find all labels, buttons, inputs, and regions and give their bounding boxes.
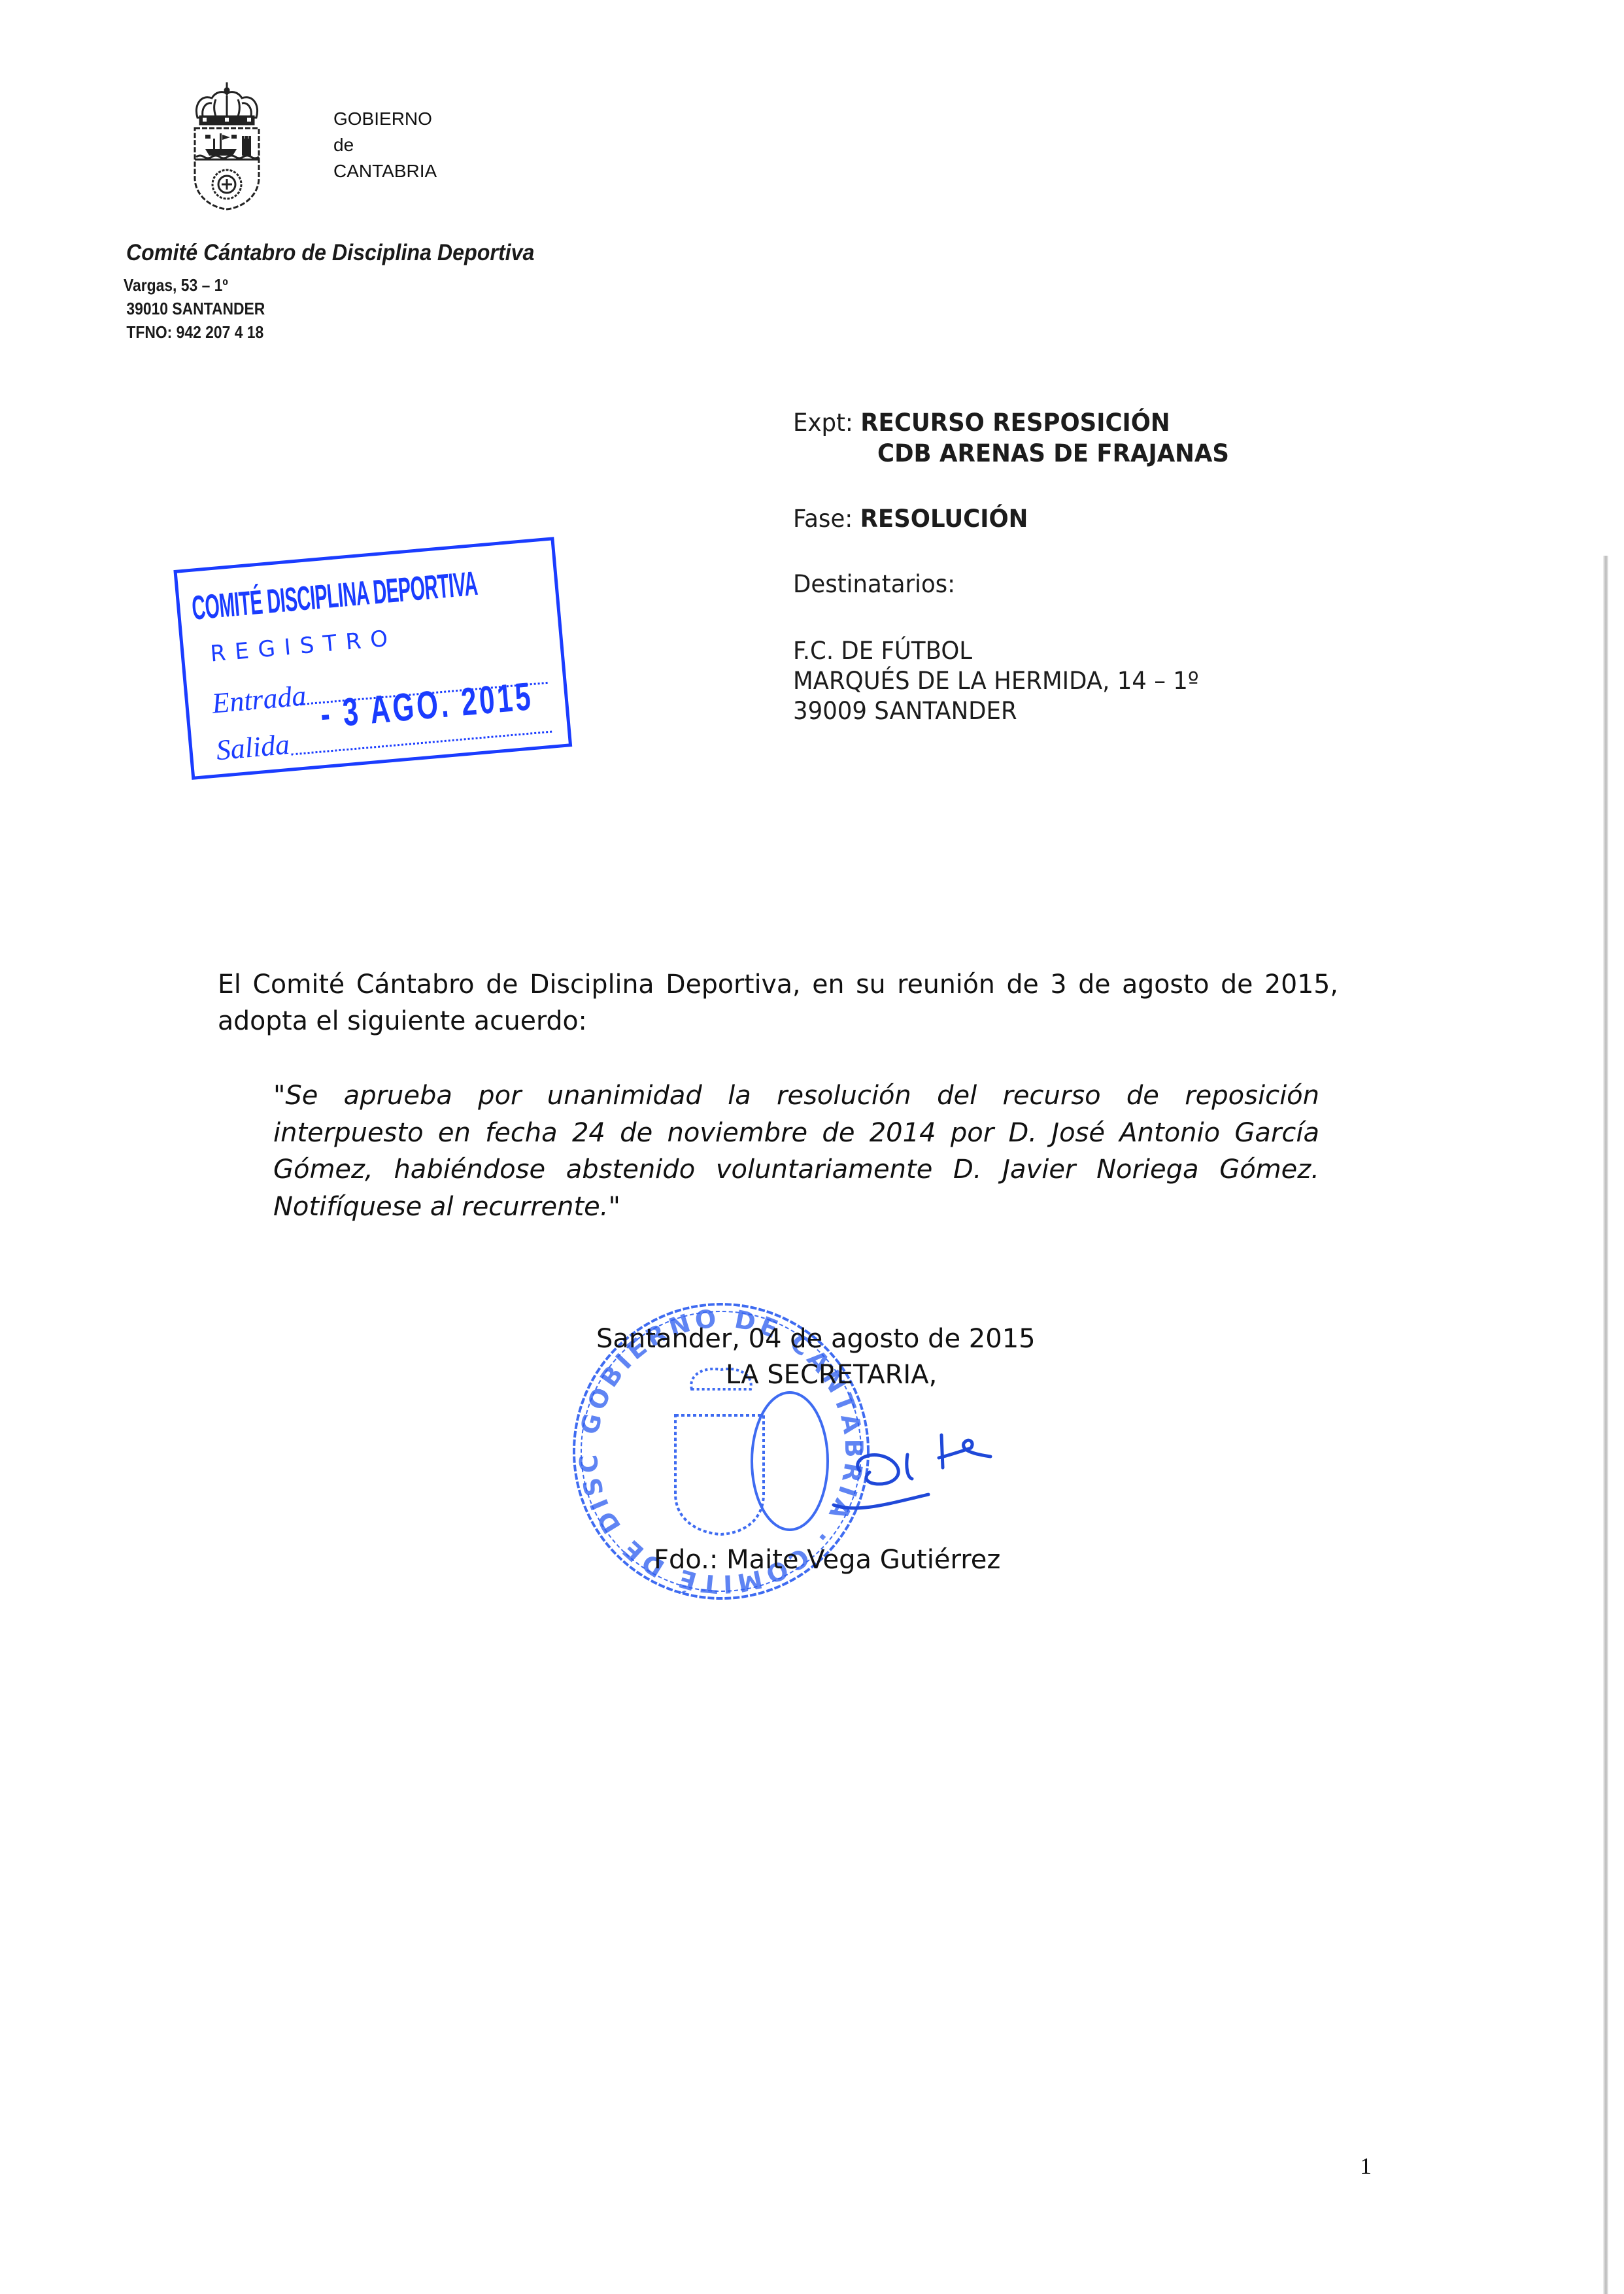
recipients-label: Destinatarios: (793, 570, 955, 598)
signer-name: Fdo.: Maite Vega Gutiérrez (654, 1545, 1000, 1575)
resolution-intro: El Comité Cántabro de Disciplina Deporti… (218, 966, 1338, 1039)
page-number: 1 (1360, 2152, 1372, 2180)
fase-value: RESOLUCIÓN (860, 505, 1028, 533)
recipient-street: MARQUÉS DE LA HERMIDA, 14 – 1º (793, 667, 1199, 695)
expt-label: Expt: (793, 409, 853, 437)
stamp-exit-label: Salida (214, 728, 290, 767)
stamp-subtitle: REGISTRO (209, 625, 398, 667)
signature-role: LA SECRETARIA, (726, 1360, 937, 1390)
expt-value: RECURSO RESPOSICIÓN (860, 409, 1170, 437)
fase-label: Fase: (793, 505, 853, 533)
recipient-name: F.C. DE FÚTBOL (793, 637, 972, 665)
government-line: GOBIERNO (333, 106, 437, 132)
government-line: de (333, 132, 437, 158)
resolution-quote: "Se aprueba por unanimidad la resolución… (273, 1077, 1319, 1225)
expt-value-2: CDB ARENAS DE FRAJANAS (877, 439, 1229, 467)
committee-name: Comité Cántabro de Disciplina Deportiva (126, 240, 534, 266)
government-line: CANTABRIA (333, 158, 437, 184)
registry-stamp: COMITÉ DISCIPLINA DEPORTIVA REGISTRO Ent… (173, 537, 572, 780)
government-name: GOBIERNO de CANTABRIA (333, 106, 437, 184)
recipient-city: 39009 SANTANDER (793, 697, 1017, 725)
expt-line: Expt: RECURSO RESPOSICIÓN (793, 409, 1170, 437)
stamp-date: - 3 AGO. 2015 (318, 673, 535, 737)
stamp-title: COMITÉ DISCIPLINA DEPORTIVA (190, 564, 479, 628)
coat-of-arms-icon (190, 80, 265, 211)
address-street: Vargas, 53 – 1º (124, 273, 265, 297)
committee-address: Vargas, 53 – 1º 39010 SANTANDER TFNO: 94… (124, 273, 265, 344)
stamp-entry-label: Entrada (211, 679, 307, 720)
address-city: 39010 SANTANDER (124, 297, 265, 320)
signature-place-date: Santander, 04 de agosto de 2015 (596, 1324, 1036, 1354)
scan-edge-artifact (1603, 556, 1608, 2294)
expt-line-2: CDB ARENAS DE FRAJANAS (877, 439, 1229, 467)
fase-line: Fase: RESOLUCIÓN (793, 505, 1028, 533)
address-phone: TFNO: 942 207 4 18 (124, 320, 265, 344)
handwritten-signature-icon (830, 1432, 1026, 1536)
